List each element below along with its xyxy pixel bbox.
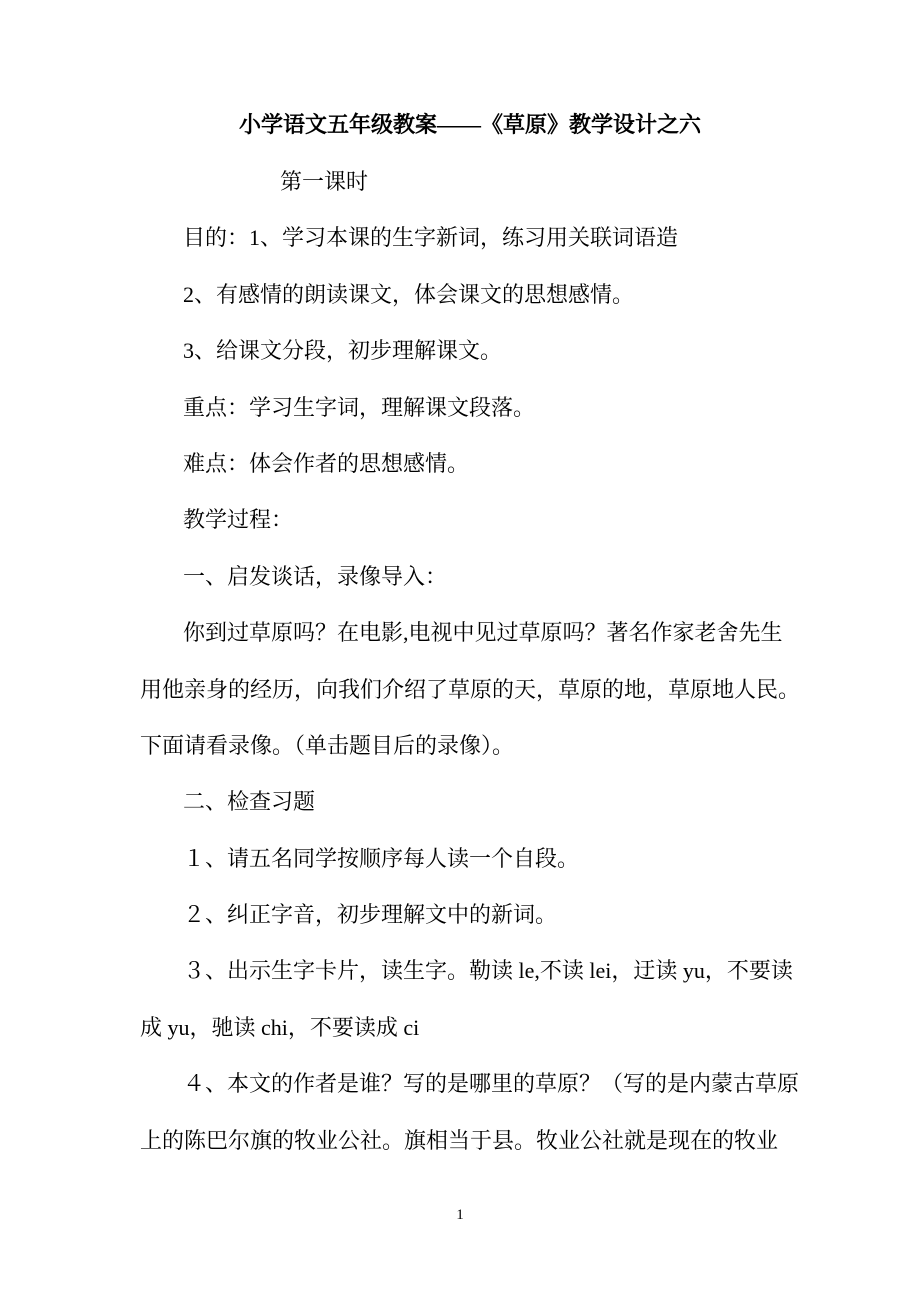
text-line: 难点：体会作者的思想感情。: [140, 436, 800, 492]
text-line: 重点：学习生字词，理解课文段落。: [140, 380, 800, 436]
text-line: 二、检查习题: [140, 774, 800, 830]
text-line: ３、出示生字卡片，读生字。勒读 le,不读 lei，迂读 yu，不要读: [140, 943, 800, 999]
text-line: 目的：1、学习本课的生字新词，练习用关联词语造: [140, 210, 800, 266]
text-line: 第一课时: [140, 154, 800, 210]
text-line: 上的陈巴尔旗的牧业公社。旗相当于县。牧业公社就是现在的牧业: [140, 1113, 800, 1169]
text-line: 下面请看录像。（单击题目后的录像）。: [140, 718, 800, 774]
text-line: 3、给课文分段，初步理解课文。: [140, 323, 800, 379]
text-line: 一、启发谈话，录像导入：: [140, 549, 800, 605]
text-line: 教学过程：: [140, 492, 800, 548]
document-title: 小学语文五年级教案——《草原》教学设计之六: [140, 100, 800, 150]
text-line: 2、有感情的朗读课文，体会课文的思想感情。: [140, 267, 800, 323]
text-line: 你到过草原吗？在电影,电视中见过草原吗？著名作家老舍先生: [140, 605, 800, 661]
text-line: 成 yu，驰读 chi，不要读成 ci: [140, 1000, 800, 1056]
text-line: １、请五名同学按顺序每人读一个自段。: [140, 831, 800, 887]
text-line: ２、纠正字音，初步理解文中的新词。: [140, 887, 800, 943]
document-page: 小学语文五年级教案——《草原》教学设计之六 第一课时目的：1、学习本课的生字新词…: [0, 0, 920, 1302]
page-number: 1: [0, 1203, 920, 1227]
text-line: 用他亲身的经历，向我们介绍了草原的天，草原的地，草原地人民。: [140, 662, 800, 718]
text-line: ４、本文的作者是谁？写的是哪里的草原？（写的是内蒙古草原: [140, 1056, 800, 1112]
document-body: 第一课时目的：1、学习本课的生字新词，练习用关联词语造2、有感情的朗读课文，体会…: [140, 154, 800, 1169]
